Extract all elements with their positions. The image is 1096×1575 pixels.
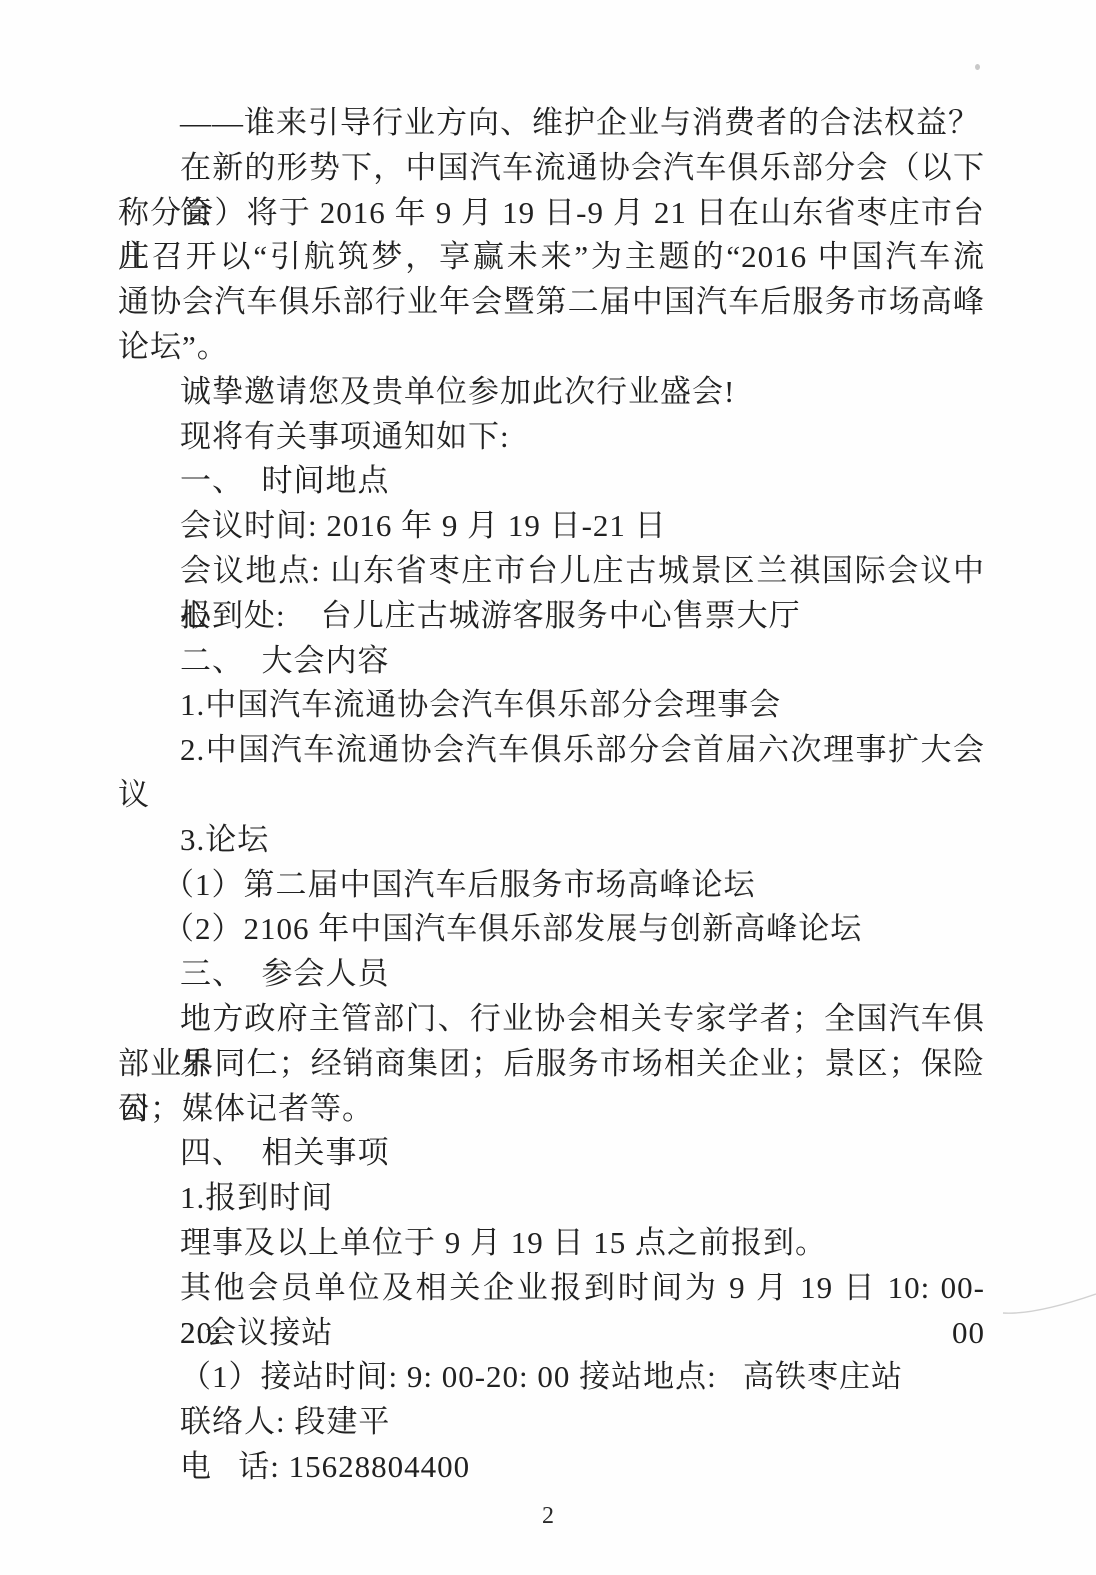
participants-2: 部业界同仁；经销商集团；后服务市场相关企业；景区；保险公 [118,1042,985,1087]
page-number: 2 [0,1503,1096,1530]
doc-line-intro-5: 论坛”。 [118,325,985,370]
pickup-time-location: （1）接站时间: 9: 00-20: 00 接站地点: 高铁枣庄站 [118,1355,985,1400]
checkin-time-heading: 1.报到时间 [118,1176,985,1221]
doc-line-intro-1: 在新的形势下，中国汽车流通协会汽车俱乐部分会（以下简 [118,146,985,191]
contact-phone: 电 话: 15628804400 [118,1445,985,1490]
doc-line-intro-3: 庄召开以“引航筑梦，享赢未来”为主题的“2016 中国汽车流 [118,235,985,280]
section-2-heading: 二、 大会内容 [118,639,985,684]
agenda-item-2: 2.中国汽车流通协会汽车俱乐部分会首届六次理事扩大会 [118,728,985,773]
meeting-time: 会议时间: 2016 年 9 月 19 日-21 日 [118,504,985,549]
forum-item-1: （1）第二届中国汽车后服务市场高峰论坛 [118,863,985,908]
checkin-time-members: 其他会员单位及相关企业报到时间为 9 月 19 日 10: 00-20: 00 [118,1266,985,1311]
checkin-time-directors: 理事及以上单位于 9 月 19 日 15 点之前报到。 [118,1221,985,1266]
scan-artifact-curve [1000,1286,1096,1320]
doc-line-intro-4: 通协会汽车俱乐部行业年会暨第二届中国汽车后服务市场高峰 [118,280,985,325]
agenda-item-2-cont: 议 [118,773,985,818]
forum-item-2: （2）2106 年中国汽车俱乐部发展与创新高峰论坛 [118,907,985,952]
registration-place: 报到处: 台儿庄古城游客服务中心售票大厅 [118,594,985,639]
contact-person: 联络人: 段建平 [118,1400,985,1445]
doc-line-intro-2: 称分会）将于 2016 年 9 月 19 日-9 月 21 日在山东省枣庄市台儿 [118,191,985,236]
meeting-location: 会议地点: 山东省枣庄市台儿庄古城景区兰祺国际会议中心 [118,549,985,594]
section-4-heading: 四、 相关事项 [118,1131,985,1176]
document-body: ——谁来引导行业方向、维护企业与消费者的合法权益？ 在新的形势下，中国汽车流通协… [118,101,985,1490]
section-1-heading: 一、 时间地点 [118,459,985,504]
scan-speck [975,64,980,70]
agenda-item-3: 3.论坛 [118,818,985,863]
participants-3: 司；媒体记者等。 [118,1087,985,1132]
doc-line-notice-intro: 现将有关事项通知如下: [118,415,985,460]
participants-1: 地方政府主管部门、行业协会相关专家学者；全国汽车俱乐 [118,997,985,1042]
section-3-heading: 三、 参会人员 [118,952,985,997]
agenda-item-1: 1.中国汽车流通协会汽车俱乐部分会理事会 [118,683,985,728]
scanned-document-page: ——谁来引导行业方向、维护企业与消费者的合法权益？ 在新的形势下，中国汽车流通协… [0,0,1096,1575]
doc-line-question: ——谁来引导行业方向、维护企业与消费者的合法权益？ [118,101,985,146]
doc-line-invitation: 诚挚邀请您及贵单位参加此次行业盛会! [118,370,985,415]
